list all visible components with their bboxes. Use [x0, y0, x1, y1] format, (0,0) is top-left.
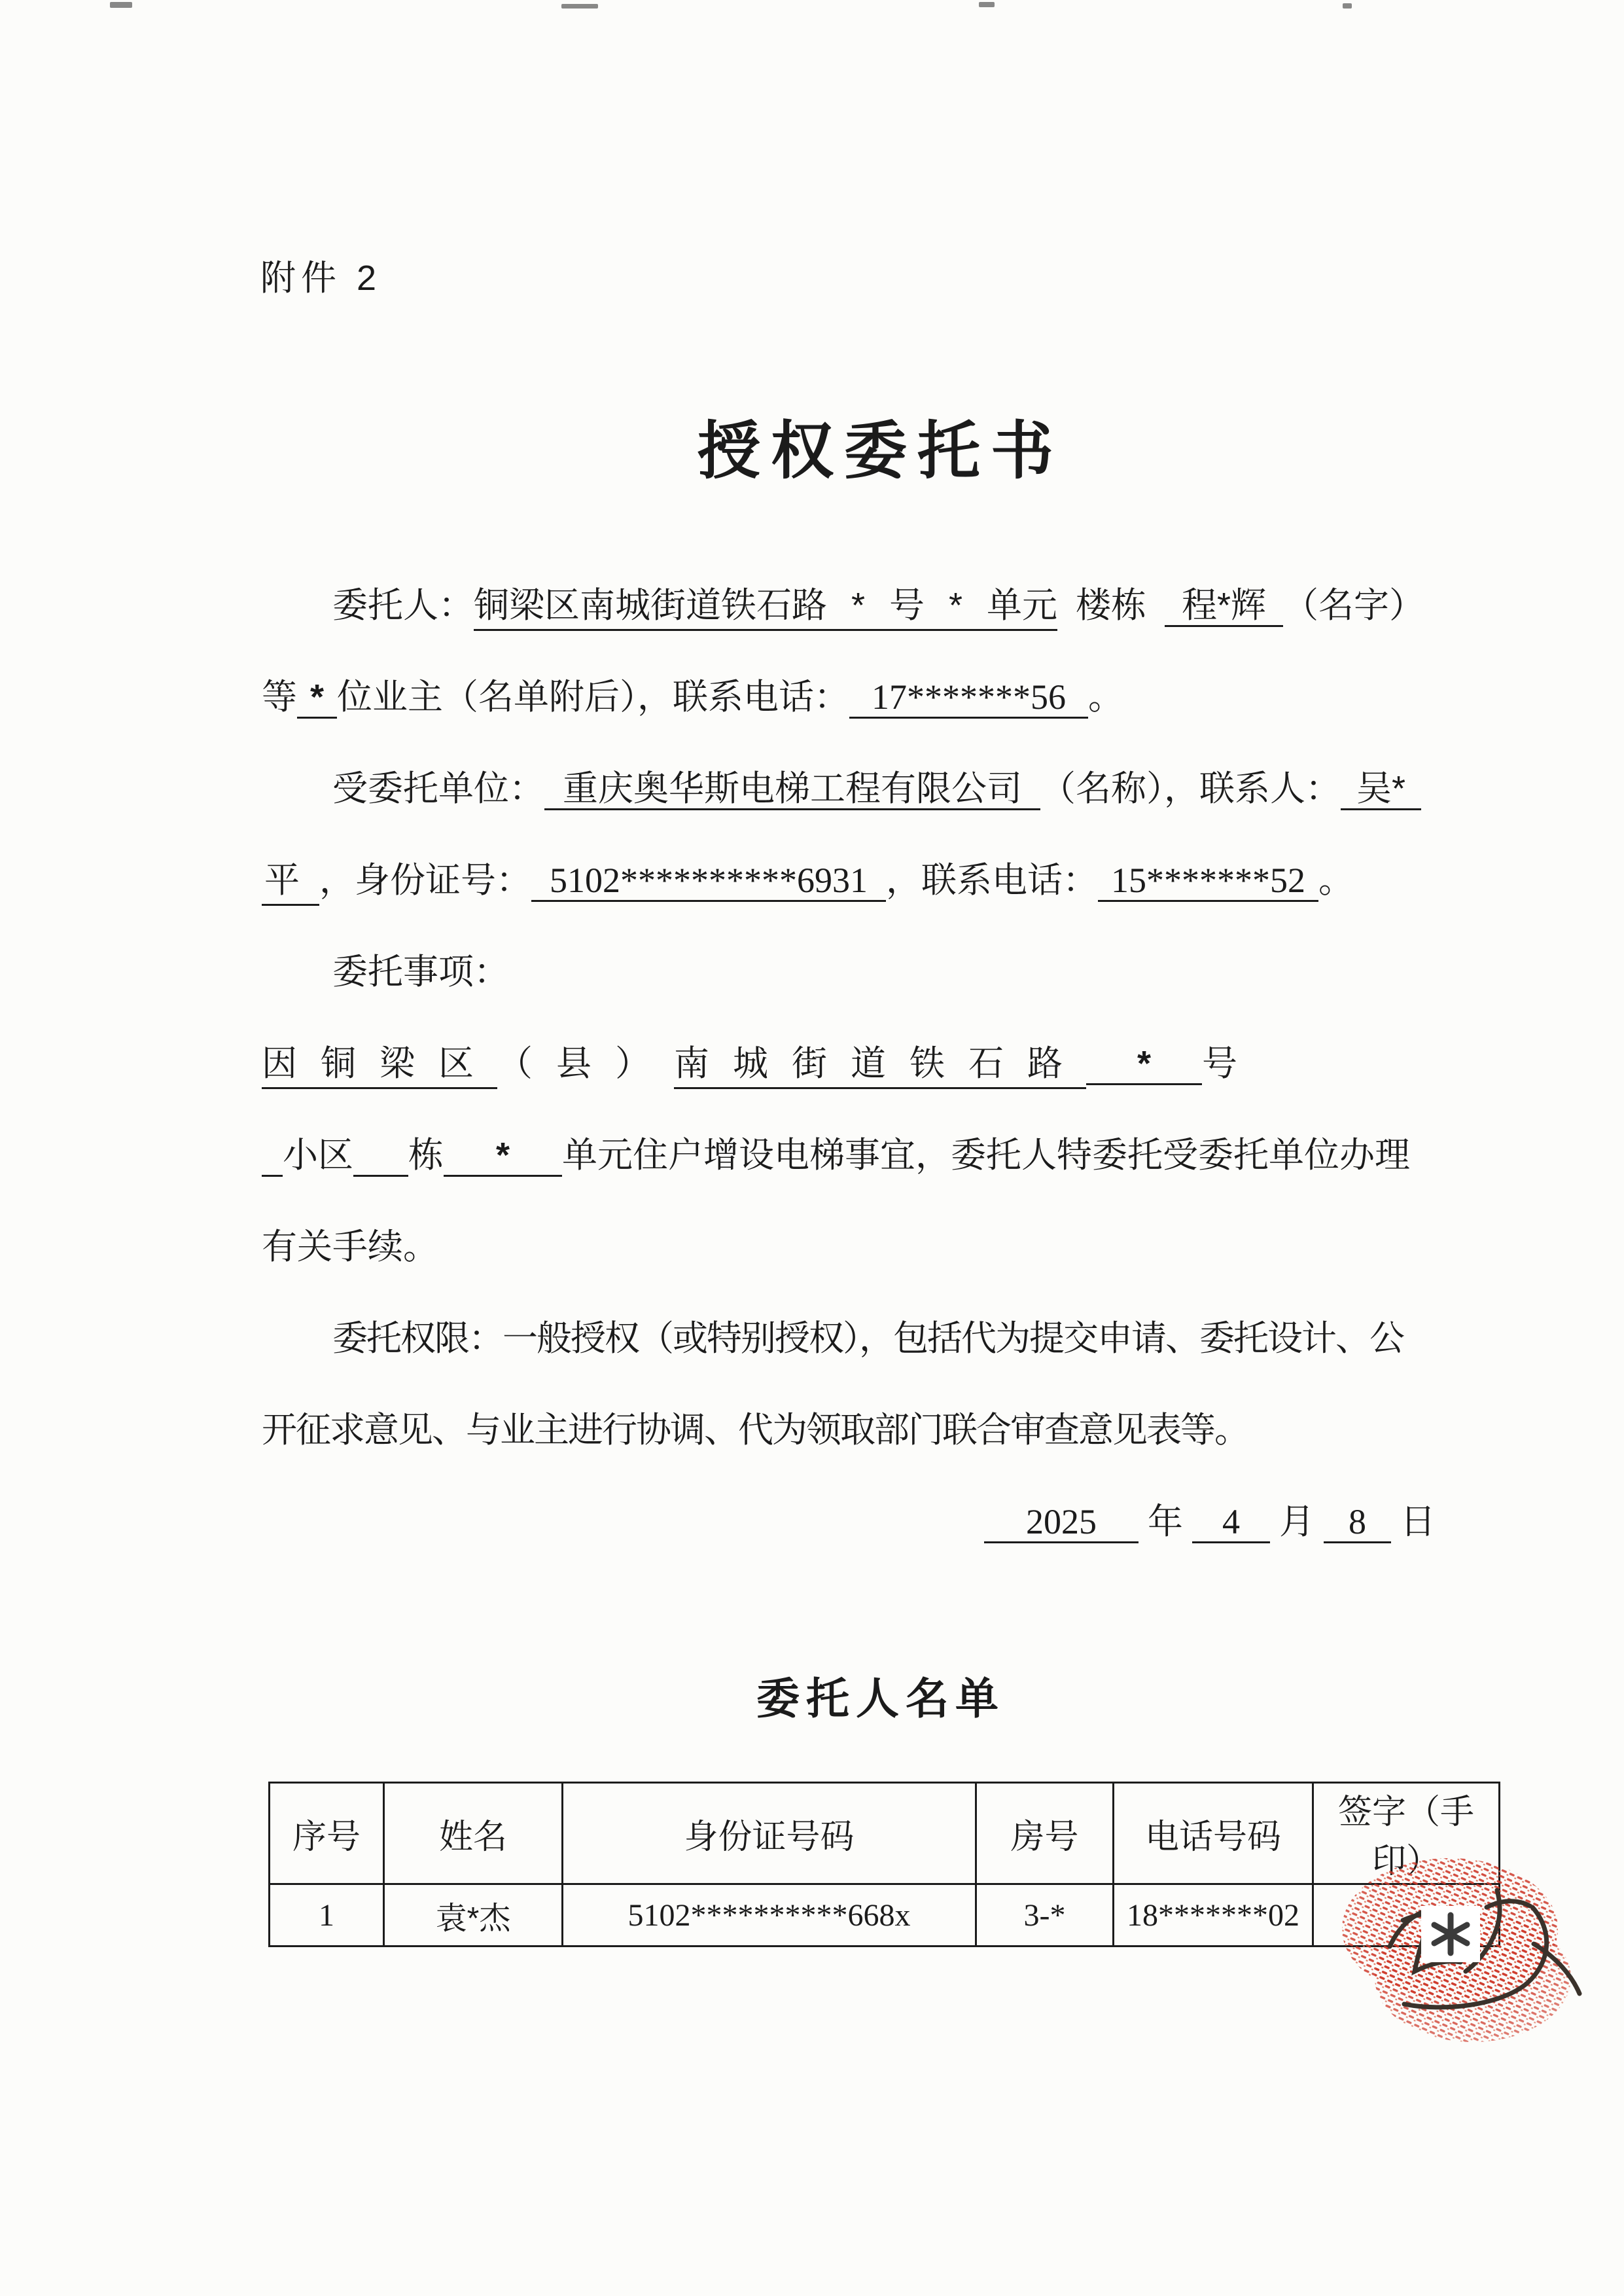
block-blank [353, 1136, 408, 1177]
matters-label: 委托事项： [332, 952, 509, 992]
principal-roster-table: 序号 姓名 身份证号码 房号 电话号码 签字（手印） 1 袁*杰 5102***… [268, 1782, 1500, 1947]
header-phone: 电话号码 [1114, 1783, 1313, 1884]
dong-text: 栋 [408, 1136, 444, 1175]
scan-artifact [110, 2, 132, 8]
matters-label-line: 委托事项： [262, 926, 1446, 1018]
date-day-field: 8 [1324, 1502, 1391, 1543]
principal-name-suffix: （名字） [1283, 586, 1424, 625]
agent-id-label: ，身份证号： [319, 861, 531, 900]
unit-blank: * [444, 1136, 562, 1177]
period: 。 [1088, 677, 1123, 717]
scanned-document-page: 附件 2 授权委托书 委托人：铜梁区南城街道铁石路 * 号 * 单元楼栋程*辉（… [0, 0, 1624, 2296]
masked-star-icon [1434, 1915, 1467, 1953]
principal-phone-field: 17*******56 [849, 677, 1088, 719]
principal-name-field: 程*辉 [1165, 586, 1283, 627]
date-month-field: 4 [1192, 1502, 1270, 1543]
matters-rest-text: 单元住户增设电梯事宜，委托人特委托受委托单位办理 [562, 1136, 1410, 1175]
header-id: 身份证号码 [563, 1783, 976, 1884]
agent-company-field: 重庆奥华斯电梯工程有限公司 [544, 769, 1040, 810]
owners-text: 位业主（名单附后），联系电话： [337, 677, 849, 717]
document-title: 授权委托书 [262, 406, 1500, 497]
house-number-blank: * [1086, 1044, 1202, 1085]
scan-artifact [561, 4, 598, 9]
agent-line-1: 受委托单位：重庆奥华斯电梯工程有限公司（名称），联系人：吴* [262, 743, 1446, 834]
agent-phone-field: 15*******52 [1098, 861, 1318, 902]
principal-label: 委托人： [332, 586, 474, 625]
row-room: 3-* [976, 1884, 1114, 1946]
agent-id-field: 5102**********6931 [531, 861, 886, 902]
agent-contact-field-2: 平 [262, 861, 319, 906]
header-no: 序号 [270, 1783, 384, 1884]
document-body: 委托人：铜梁区南城街道铁石路 * 号 * 单元楼栋程*辉（名字） 等*位业主（名… [262, 560, 1500, 1568]
header-signature: 签字（手印） [1313, 1783, 1500, 1884]
principal-line-1: 委托人：铜梁区南城街道铁石路 * 号 * 单元楼栋程*辉（名字） [262, 560, 1446, 651]
matters-line-1: 因铜梁区（县）南城街道铁石路*号 [262, 1018, 1446, 1109]
etc-text: 等 [262, 677, 297, 717]
authority-line-1: 委托权限：一般授权（或特别授权），包括代为提交申请、委托设计、公 [262, 1293, 1446, 1384]
county-text: （县） [497, 1044, 674, 1083]
privacy-mask-box [1421, 1906, 1480, 1962]
building-label: 楼栋 [1076, 586, 1146, 625]
year-unit: 年 [1148, 1502, 1183, 1541]
day-unit: 日 [1400, 1502, 1436, 1541]
row-signature-cell [1313, 1884, 1500, 1946]
table-row: 1 袁*杰 5102**********668x 3-* 18*******02 [270, 1884, 1500, 1946]
agent-company-suffix: （名称），联系人： [1040, 769, 1341, 808]
principal-address-field: 铜梁区南城街道铁石路 * 号 * 单元 [474, 586, 1057, 631]
xiaoqu-text: 小区 [283, 1136, 353, 1175]
signature-ink [1390, 1890, 1580, 2007]
authority-line-2: 开征求意见、与业主进行协调、代为领取部门联合审查意见表等。 [262, 1384, 1446, 1476]
owner-count-field: * [297, 677, 337, 719]
leading-blank [262, 1136, 283, 1177]
agent-contact-field-1: 吴* [1341, 769, 1421, 810]
roster-title: 委托人名单 [262, 1653, 1500, 1744]
document-text: 委托人：铜梁区南城街道铁石路 * 号 * 单元楼栋程*辉（名字） 等*位业主（名… [262, 560, 1446, 1568]
matters-line-3: 有关手续。 [262, 1201, 1446, 1293]
table-header-row: 序号 姓名 身份证号码 房号 电话号码 签字（手印） [270, 1783, 1500, 1884]
authority-text-1: 委托权限：一般授权（或特别授权），包括代为提交申请、委托设计、公 [332, 1319, 1403, 1358]
row-no: 1 [270, 1884, 384, 1946]
date-line: 2025年4月8日 [262, 1476, 1446, 1568]
scan-artifact [1343, 3, 1352, 9]
period: 。 [1318, 861, 1354, 900]
header-name: 姓名 [384, 1783, 563, 1884]
authority-text-2: 开征求意见、与业主进行协调、代为领取部门联合审查意见表等。 [262, 1410, 1248, 1450]
fingerprint-print [1342, 1858, 1571, 2042]
scan-artifact [979, 2, 995, 7]
matters-rest2-text: 有关手续。 [262, 1227, 438, 1266]
header-room: 房号 [976, 1783, 1114, 1884]
row-name: 袁*杰 [384, 1884, 563, 1946]
number-unit-text: 号 [1202, 1044, 1261, 1083]
agent-phone-label: ，联系电话： [886, 861, 1098, 900]
attachment-label: 附件 2 [260, 255, 1624, 301]
district-field: 因铜梁区 [262, 1044, 497, 1089]
date-year-field: 2025 [984, 1502, 1139, 1543]
principal-line-2: 等*位业主（名单附后），联系电话：17*******56。 [262, 651, 1446, 743]
row-phone: 18*******02 [1114, 1884, 1313, 1946]
matters-line-2: 小区栋*单元住户增设电梯事宜，委托人特委托受委托单位办理 [262, 1109, 1446, 1201]
street-field: 南城街道铁石路 [674, 1044, 1086, 1089]
month-unit: 月 [1279, 1502, 1315, 1541]
row-id: 5102**********668x [563, 1884, 976, 1946]
agent-line-2: 平，身份证号：5102**********6931，联系电话：15*******… [262, 834, 1446, 926]
agent-label: 受委托单位： [332, 769, 544, 808]
